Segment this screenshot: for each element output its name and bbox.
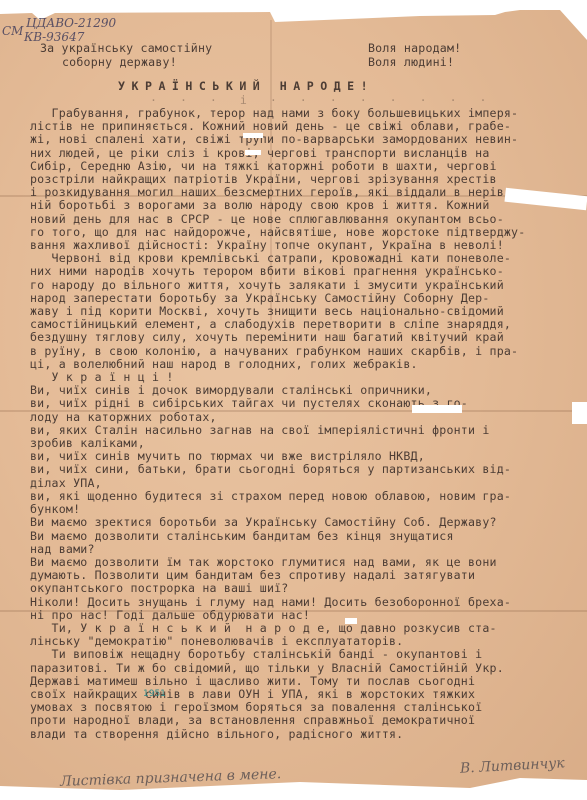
body-line: Ви маємо зректися боротьби за Українську… [30, 516, 525, 529]
body-line: ні про нас! Годі дальше обдурювати нас! [30, 609, 525, 622]
body-line: Ніколи! Досить знущань і глуму над нами!… [30, 596, 525, 609]
body-line: ній боротьбі з ворогами за волю народу с… [30, 199, 525, 212]
archive-prefix: СМ [2, 24, 23, 38]
ink-mark: 1951 [143, 689, 166, 699]
body-line: них ними народів хочуть терором вбити ві… [30, 265, 525, 278]
slogan-left-1: За українську самостійну [40, 42, 212, 55]
body-line: в руїну, в свою колонію, а начуваних гра… [30, 345, 525, 358]
body-line: паразитові. Ти ж бо свідомий, що тільки … [30, 662, 525, 675]
body-line: го народу до вільного життя, хочуть заля… [30, 279, 525, 292]
slogan-right-2: Воля людині! [368, 56, 454, 69]
leaflet-title: УКРАЇНСЬКИЙ НАРОДЕ! [118, 80, 374, 93]
body-line: проти народної влади, за встановлення сп… [30, 714, 525, 727]
paper-hole [243, 133, 263, 138]
body-line: ділах УПА, [30, 477, 525, 490]
body-line: новий день для нас в СРСР - це нове сплю… [30, 213, 525, 226]
body-line: над вами? [30, 543, 525, 556]
leaflet-body: Грабування, грабунок, терор над нами з б… [30, 107, 525, 741]
body-line: жі, нові спалені хати, свіжі трупи по-ва… [30, 133, 525, 146]
body-line: бездушну тяглову силу, хочуть перемінити… [30, 331, 525, 344]
body-line: Державі матимеш вільно і щасливо жити. Т… [30, 675, 525, 688]
body-line: ви, які щоденно будитеся зі страхом пере… [30, 490, 525, 503]
slogan-right-1: Воля народам! [368, 42, 461, 55]
body-line: влади та створення дійсно вільного, раді… [30, 728, 525, 741]
body-line: них людей, це ріки сліз і крові, чергові… [30, 147, 525, 160]
paper-hole [412, 405, 462, 413]
paper-tear [572, 402, 587, 424]
body-line: ви, чиїх сини, батьки, брати сьогодні бо… [30, 463, 525, 476]
body-line: Ви маємо дозволити сталінським бандитам … [30, 530, 525, 543]
body-line: окупантського построрка на ваші шиї? [30, 582, 525, 595]
paper-hole [245, 150, 261, 155]
body-line: Ти виповіж нещадну боротьбу сталінській … [30, 648, 525, 661]
paper-hole [345, 618, 357, 624]
slogan-left-2: соборну державу! [62, 56, 177, 69]
archive-number-1: ЦДАВО-21290 [26, 16, 116, 30]
